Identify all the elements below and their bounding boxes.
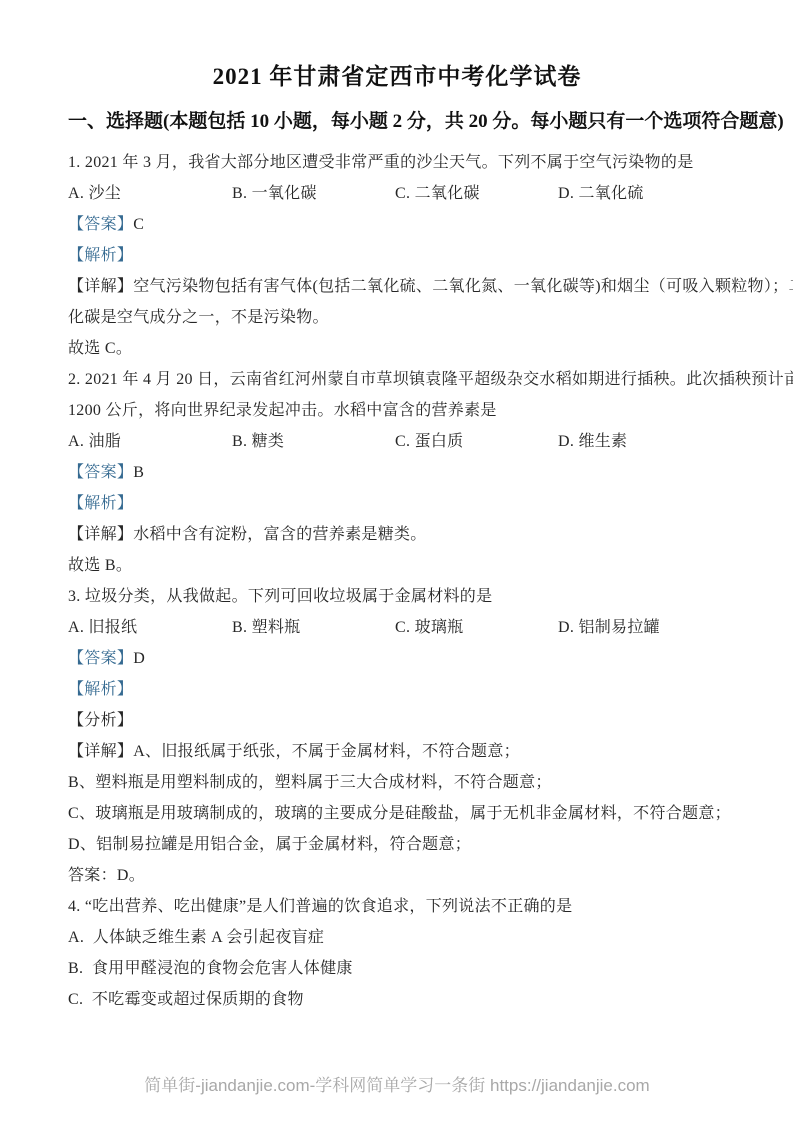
q1-option-a: A. 沙尘	[68, 178, 232, 209]
q3-detail-d: D、铝制易拉罐是用铝合金，属于金属材料，符合题意；	[68, 829, 726, 860]
q2-option-d: D. 维生素	[558, 426, 726, 457]
q1-detail-line-1: 【详解】空气污染物包括有害气体(包括二氧化硫、二氧化氮、一氧化碳等)和烟尘（可吸…	[68, 271, 726, 302]
question-list: 1. 2021 年 3 月，我省大部分地区遭受非常严重的沙尘天气。下列不属于空气…	[68, 147, 726, 1015]
q3-answer-value: D	[133, 650, 145, 667]
exam-paper-page: 2021 年甘肃省定西市中考化学试卷 一、选择题(本题包括 10 小题，每小题 …	[0, 0, 793, 1122]
q3-detail-a: 【详解】A、旧报纸属于纸张，不属于金属材料，不符合题意；	[68, 736, 726, 767]
section-heading: 一、选择题(本题包括 10 小题，每小题 2 分，共 20 分。每小题只有一个选…	[68, 108, 726, 135]
q4-option-b: B. 食用甲醛浸泡的食物会危害人体健康	[68, 953, 726, 984]
q4-stem: 4. “吃出营养、吃出健康”是人们普遍的饮食追求，下列说法不正确的是	[68, 891, 726, 922]
q1-answer-label: 【答案】	[68, 216, 133, 233]
q1-option-d: D. 二氧化硫	[558, 178, 726, 209]
q1-conclusion: 故选 C。	[68, 333, 726, 364]
q2-answer-line: 【答案】B	[68, 457, 726, 488]
q3-analysis-line: 【解析】	[68, 674, 726, 705]
q2-detail-line: 【详解】水稻中含有淀粉，富含的营养素是糖类。	[68, 519, 726, 550]
q3-option-a: A. 旧报纸	[68, 612, 232, 643]
q1-answer-line: 【答案】C	[68, 209, 726, 240]
q1-option-b: B. 一氧化碳	[232, 178, 395, 209]
q3-answer-line: 【答案】D	[68, 643, 726, 674]
q2-answer-value: B	[133, 464, 144, 481]
q3-analyze-line: 【分析】	[68, 705, 726, 736]
q3-detail-c: C、玻璃瓶是用玻璃制成的，玻璃的主要成分是硅酸盐，属于无机非金属材料，不符合题意…	[68, 798, 726, 829]
q1-answer-value: C	[133, 216, 144, 233]
q3-stem: 3. 垃圾分类，从我做起。下列可回收垃圾属于金属材料的是	[68, 581, 726, 612]
q1-analysis-label: 【解析】	[68, 247, 133, 264]
q3-option-c: C. 玻璃瓶	[395, 612, 558, 643]
q2-stem-line-1: 2. 2021 年 4 月 20 日，云南省红河州蒙自市草坝镇袁隆平超级杂交水稻…	[68, 364, 726, 395]
q2-analysis-line: 【解析】	[68, 488, 726, 519]
q4-option-a: A. 人体缺乏维生素 A 会引起夜盲症	[68, 922, 726, 953]
q2-options: A. 油脂 B. 糖类 C. 蛋白质 D. 维生素	[68, 426, 726, 457]
q1-options: A. 沙尘 B. 一氧化碳 C. 二氧化碳 D. 二氧化硫	[68, 178, 726, 209]
q3-options: A. 旧报纸 B. 塑料瓶 C. 玻璃瓶 D. 铝制易拉罐	[68, 612, 726, 643]
q2-option-a: A. 油脂	[68, 426, 232, 457]
q1-stem: 1. 2021 年 3 月，我省大部分地区遭受非常严重的沙尘天气。下列不属于空气…	[68, 147, 726, 178]
q2-analysis-label: 【解析】	[68, 495, 133, 512]
q3-detail-b: B、塑料瓶是用塑料制成的，塑料属于三大合成材料，不符合题意；	[68, 767, 726, 798]
q3-analysis-label: 【解析】	[68, 681, 133, 698]
q1-detail-line-2: 化碳是空气成分之一，不是污染物。	[68, 302, 726, 333]
q3-option-d: D. 铝制易拉罐	[558, 612, 726, 643]
q1-option-c: C. 二氧化碳	[395, 178, 558, 209]
q1-analysis-line: 【解析】	[68, 240, 726, 271]
q2-answer-label: 【答案】	[68, 464, 133, 481]
q4-option-c: C. 不吃霉变或超过保质期的食物	[68, 984, 726, 1015]
q2-conclusion: 故选 B。	[68, 550, 726, 581]
q2-stem-line-2: 1200 公斤，将向世界纪录发起冲击。水稻中富含的营养素是	[68, 395, 726, 426]
page-content: 2021 年甘肃省定西市中考化学试卷 一、选择题(本题包括 10 小题，每小题 …	[0, 0, 793, 1098]
page-title: 2021 年甘肃省定西市中考化学试卷	[68, 0, 726, 94]
q3-answer-label: 【答案】	[68, 650, 133, 667]
q3-conclusion: 答案：D。	[68, 860, 726, 891]
site-watermark-footer: 简单街-jiandanjie.com-学科网简单学习一条街 https://ji…	[68, 1073, 726, 1098]
q2-option-b: B. 糖类	[232, 426, 395, 457]
q2-option-c: C. 蛋白质	[395, 426, 558, 457]
q3-option-b: B. 塑料瓶	[232, 612, 395, 643]
